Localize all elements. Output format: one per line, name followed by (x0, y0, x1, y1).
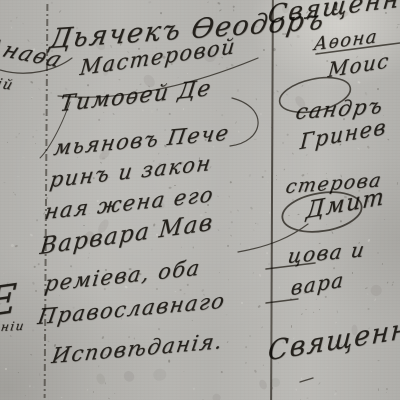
page-mark: 1 (333, 2, 339, 13)
flourish-stroke (230, 98, 258, 146)
scanned-register-page: Анаѳа ій Е ніи Дьячекъ Ѳеодоръ Мастерово… (0, 0, 400, 400)
flourish-stroke (300, 378, 313, 382)
left-column-fragment: ніи (0, 319, 26, 334)
